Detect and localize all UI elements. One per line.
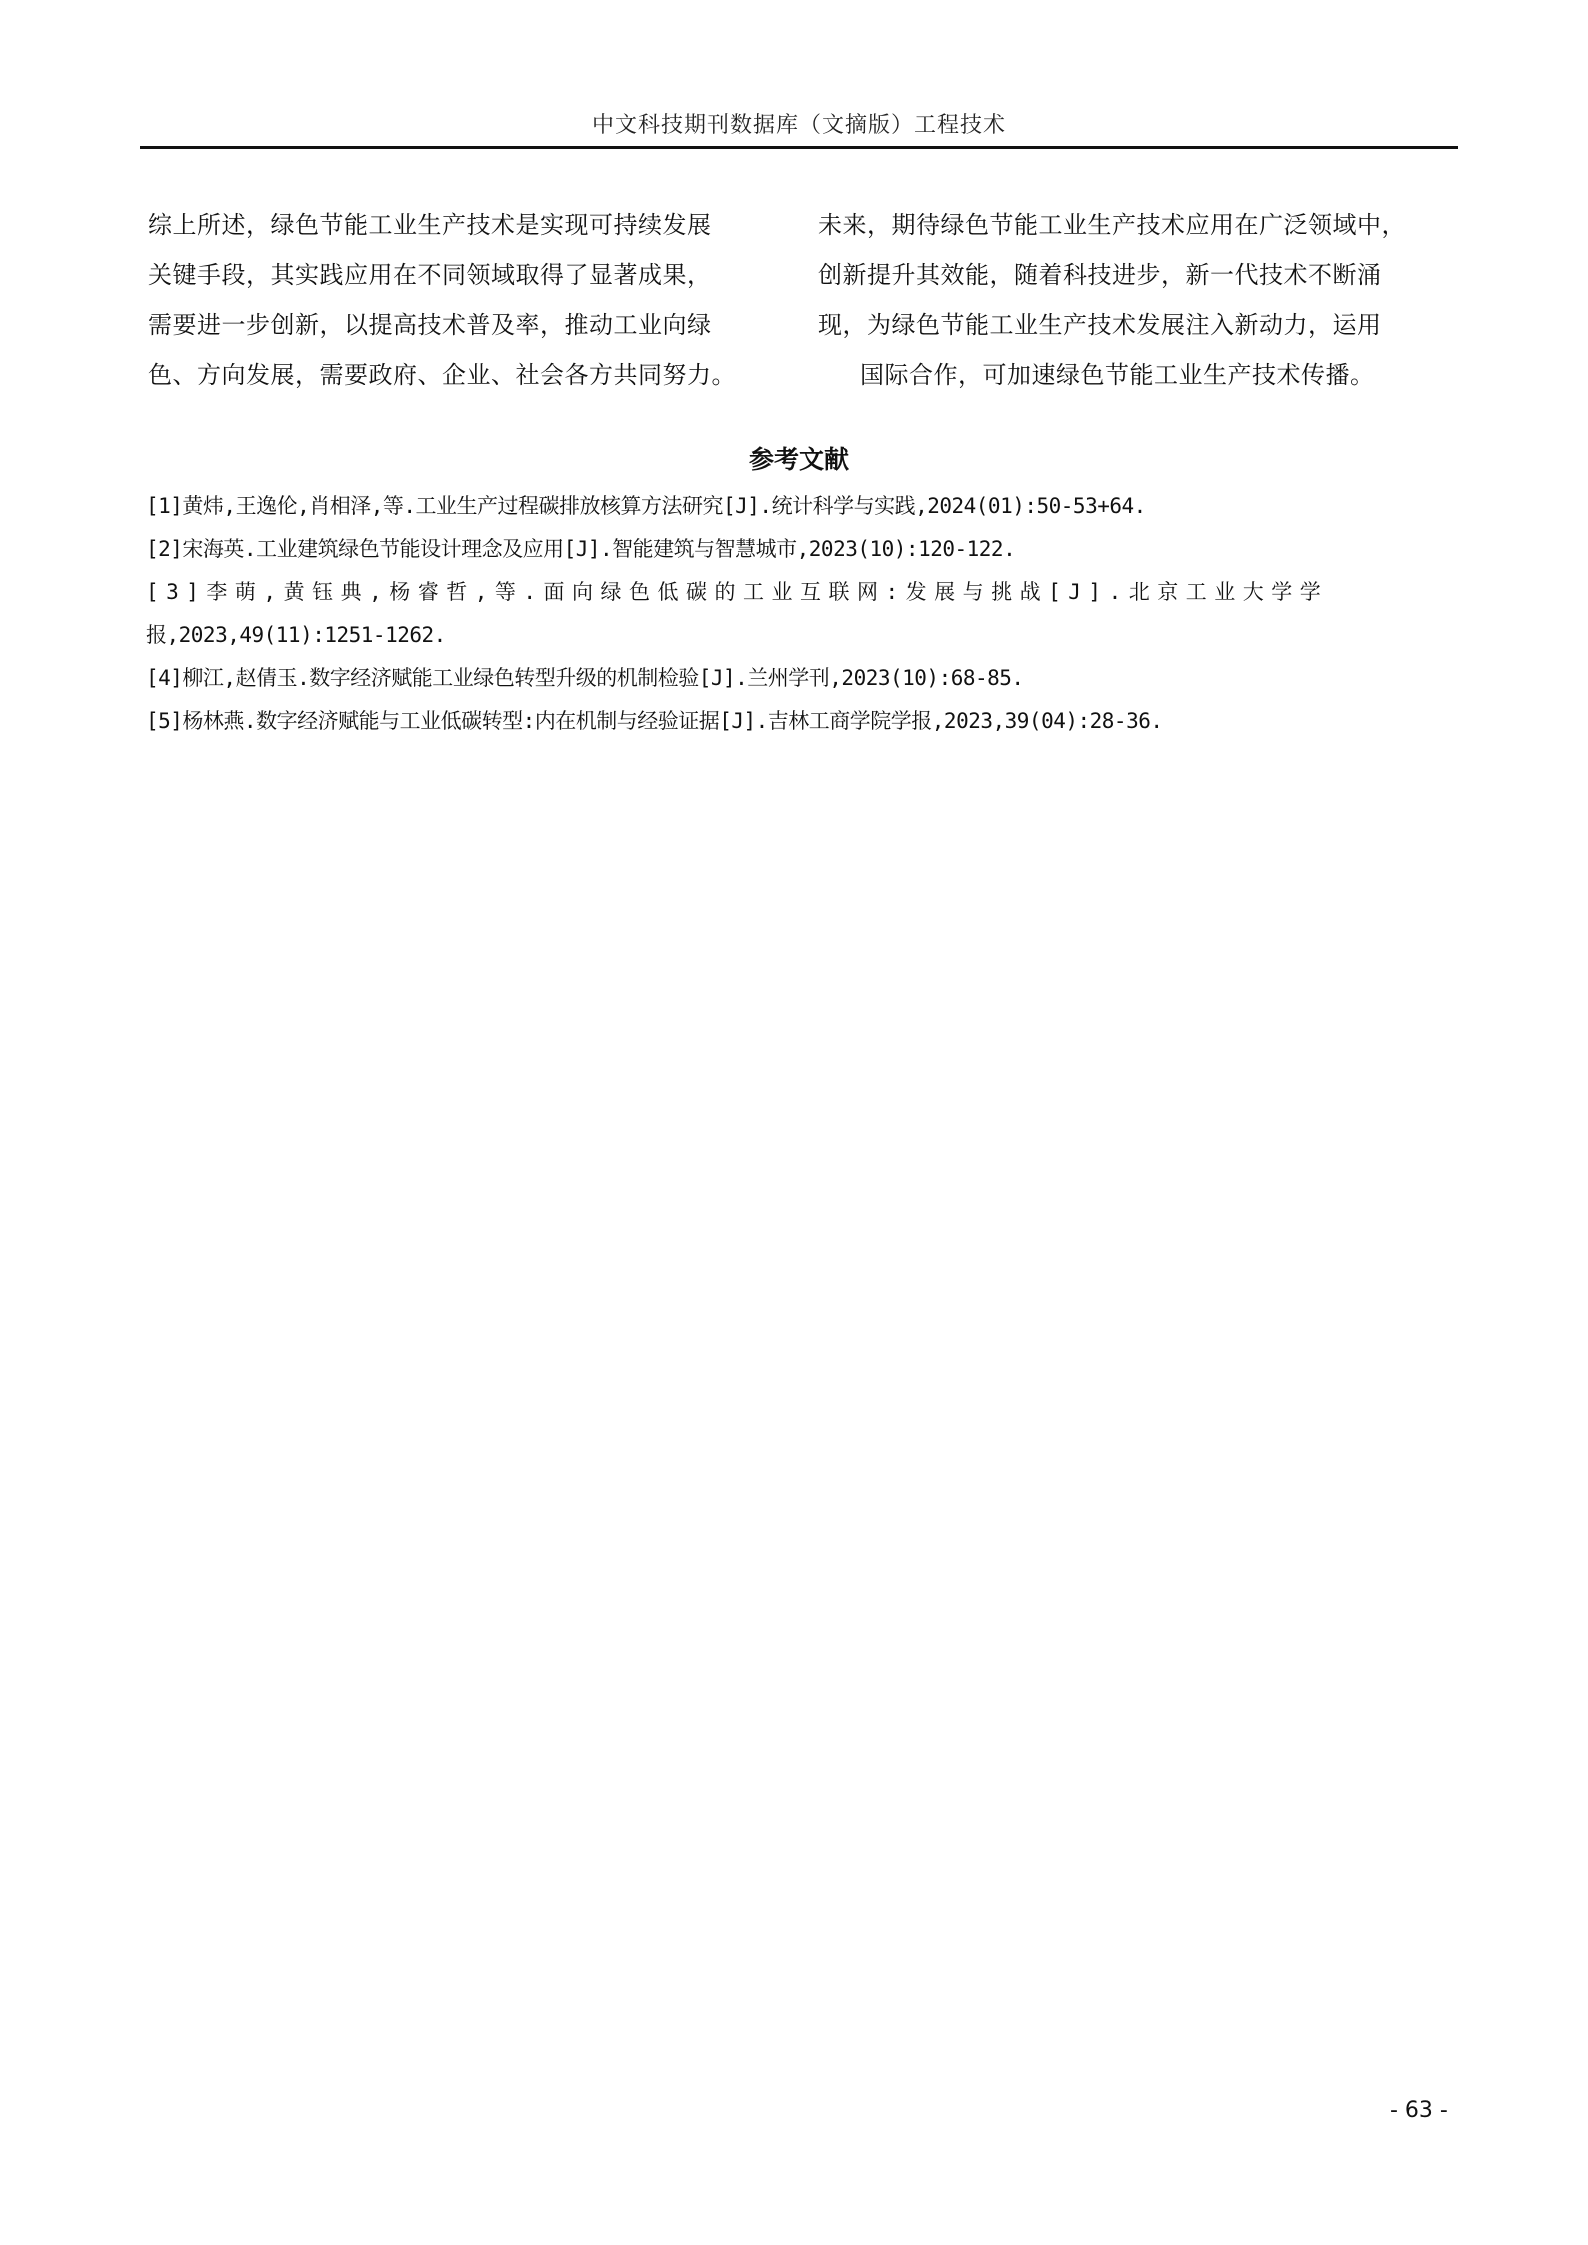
reference-item: [3]李萌,黄钰典,杨睿哲,等.面向绿色低碳的工业互联网:发展与挑战[J].北京… [146,571,1462,614]
paragraph-line: 色、方向发展，需要政府、企业、社会各方共同努力。 [148,350,788,400]
paragraph-line: 需要进一步创新，以提高技术普及率，推动工业向绿 [148,300,788,350]
paragraph-line: 综上所述，绿色节能工业生产技术是实现可持续发展 [148,200,788,250]
paragraph-line: 国际合作，可加速绿色节能工业生产技术传播。 [818,350,1458,400]
reference-item: [2]宋海英.工业建筑绿色节能设计理念及应用[J].智能建筑与智慧城市,2023… [146,528,1462,571]
running-header: 中文科技期刊数据库（文摘版）工程技术 [140,108,1458,139]
reference-item-continuation: 报,2023,49(11):1251-1262. [146,614,1462,657]
reference-item: [5]杨林燕.数字经济赋能与工业低碳转型:内在机制与经验证据[J].吉林工商学院… [146,700,1462,743]
references-list: [1]黄炜,王逸伦,肖相泽,等.工业生产过程碳排放核算方法研究[J].统计科学与… [146,485,1462,743]
references-heading: 参考文献 [140,440,1458,476]
paragraph-line: 创新提升其效能，随着科技进步，新一代技术不断涌 [818,250,1458,300]
header-divider [140,146,1458,149]
reference-item: [4]柳江,赵倩玉.数字经济赋能工业绿色转型升级的机制检验[J].兰州学刊,20… [146,657,1462,700]
paragraph-line: 现，为绿色节能工业生产技术发展注入新动力，运用 [818,300,1458,350]
page-number: - 63 - [1390,2098,1448,2123]
paragraph-line: 未来，期待绿色节能工业生产技术应用在广泛领域中， [818,200,1458,250]
paragraph-line: 关键手段，其实践应用在不同领域取得了显著成果， [148,250,788,300]
reference-item: [1]黄炜,王逸伦,肖相泽,等.工业生产过程碳排放核算方法研究[J].统计科学与… [146,485,1462,528]
body-column-left: 综上所述，绿色节能工业生产技术是实现可持续发展 关键手段，其实践应用在不同领域取… [148,200,788,400]
body-column-right: 未来，期待绿色节能工业生产技术应用在广泛领域中， 创新提升其效能，随着科技进步，… [818,200,1458,400]
